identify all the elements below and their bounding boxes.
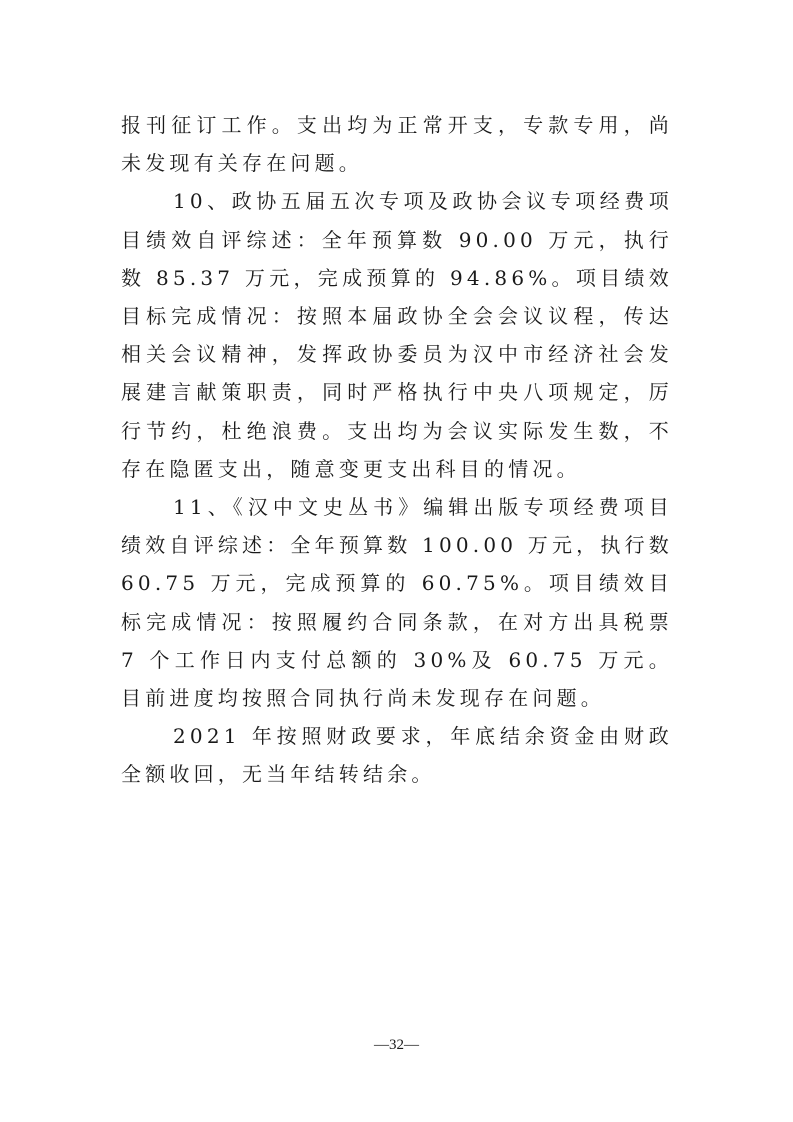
paragraph-item-10: 10、政协五届五次专项及政协会议专项经费项目绩效自评综述：全年预算数 90.00… [121, 182, 673, 488]
paragraph-item-11: 11、《汉中文史丛书》编辑出版专项经费项目绩效自评综述：全年预算数 100.00… [121, 488, 673, 717]
paragraph-year-end-balance: 2021 年按照财政要求，年底结余资金由财政全额收回，无当年结转结余。 [121, 717, 673, 793]
document-page: 报刊征订工作。支出均为正常开支，专款专用，尚未发现有关存在问题。 10、政协五届… [121, 106, 673, 794]
paragraph-continuation: 报刊征订工作。支出均为正常开支，专款专用，尚未发现有关存在问题。 [121, 106, 673, 182]
page-number: —32— [0, 1037, 793, 1054]
